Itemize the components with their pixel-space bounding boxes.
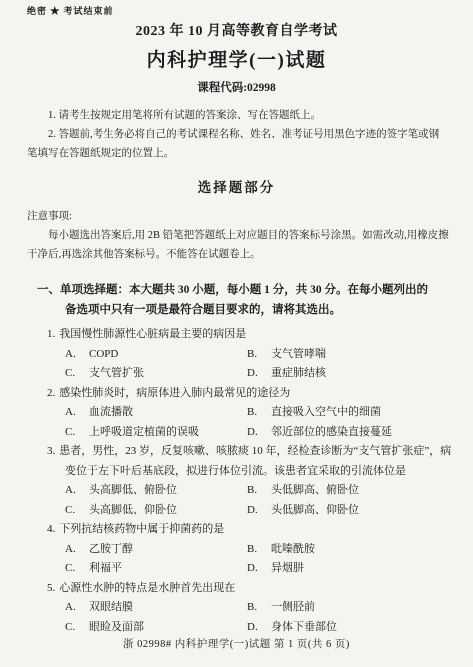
question-2-stem: 2.感染性肺炎时，病原体进入肺内最常见的途径为 [65, 384, 455, 404]
option-d: D.重症肺结核 [247, 364, 455, 384]
option-text: 头低脚高、仰卧位 [271, 504, 359, 516]
option-b: B.一侧胫前 [247, 598, 455, 618]
option-label: A. [65, 481, 89, 501]
option-text: 利福平 [89, 562, 122, 574]
question-5-stem: 5.心源性水肿的特点是水肿首先出现在 [65, 579, 455, 599]
option-b: B.直接吸入空气中的细菌 [247, 403, 455, 423]
option-a: A.血流播散 [65, 403, 247, 423]
instruction-2: 2. 答题前,考生务必将自己的考试课程名称、姓名、准考证号用黑色字迹的签字笔或钢… [27, 125, 449, 163]
option-text: 支气管扩张 [89, 367, 144, 379]
option-label: D. [247, 559, 271, 579]
question-number: 4. [47, 523, 59, 535]
option-b: B.头低脚高、俯卧位 [247, 481, 455, 501]
option-label: D. [247, 423, 271, 443]
section-heading: 选择题部分 [0, 176, 473, 196]
option-text: 双眼结膜 [89, 601, 133, 613]
question-text: 下列抗结核药物中属于抑菌药的是 [59, 523, 224, 535]
question-5: 5.心源性水肿的特点是水肿首先出现在 A.双眼结膜 B.一侧胫前 C.眼睑及面部… [27, 579, 455, 638]
option-b: B.支气管哮喘 [247, 345, 455, 365]
option-d: D.头低脚高、仰卧位 [247, 501, 455, 521]
classification-banner: 绝密 ★ 考试结束前 [27, 4, 114, 17]
option-text: 直接吸入空气中的细菌 [271, 406, 381, 418]
option-b: B.吡嗪酰胺 [247, 540, 455, 560]
part1-heading: 一、单项选择题：本大题共 30 小题，每小题 1 分，共 30 分。在每小题列出… [65, 281, 453, 320]
question-1-options: A.COPD B.支气管哮喘 C.支气管扩张 D.重症肺结核 [65, 345, 455, 384]
option-c: C.眼睑及面部 [65, 618, 247, 638]
option-d: D.异烟肼 [247, 559, 455, 579]
question-3-stem: 3.患者，男性，23 岁，反复咳嗽、咳脓痰 10 年，经检查诊断为“支气管扩张症… [65, 442, 455, 481]
option-c: C.头高脚低、仰卧位 [65, 501, 247, 521]
option-label: B. [247, 345, 271, 365]
instruction-1: 1. 请考生按规定用笔将所有试题的答案涂、写在答题纸上。 [27, 106, 449, 125]
option-label: A. [65, 598, 89, 618]
exam-subject-title: 内科护理学(一)试题 [0, 45, 473, 72]
exam-session-title: 2023 年 10 月高等教育自学考试 [0, 20, 473, 40]
option-c: C.上呼吸道定植菌的误吸 [65, 423, 247, 443]
question-1-stem: 1.我国慢性肺源性心脏病最主要的病因是 [65, 325, 455, 345]
option-c: C.支气管扩张 [65, 364, 247, 384]
option-label: C. [65, 423, 89, 443]
notice-label: 注意事项: [27, 207, 449, 226]
option-text: 头高脚低、俯卧位 [89, 484, 177, 496]
option-label: B. [247, 403, 271, 423]
general-instructions: 1. 请考生按规定用笔将所有试题的答案涂、写在答题纸上。 2. 答题前,考生务必… [27, 106, 449, 163]
course-code: 课程代码:02998 [0, 79, 473, 95]
question-4-stem: 4.下列抗结核药物中属于抑菌药的是 [65, 520, 455, 540]
option-d: D.身体下垂部位 [247, 618, 455, 638]
option-label: A. [65, 403, 89, 423]
exam-paper-page: 绝密 ★ 考试结束前 2023 年 10 月高等教育自学考试 内科护理学(一)试… [0, 0, 473, 667]
page-footer: 浙 02998# 内科护理学(一)试题 第 1 页(共 6 页) [0, 636, 473, 651]
option-label: A. [65, 345, 89, 365]
option-a: A.乙胺丁醇 [65, 540, 247, 560]
question-text: 我国慢性肺源性心脏病最主要的病因是 [59, 328, 246, 340]
option-c: C.利福平 [65, 559, 247, 579]
option-label: B. [247, 540, 271, 560]
option-a: A.头高脚低、俯卧位 [65, 481, 247, 501]
option-label: C. [65, 364, 89, 384]
option-text: 身体下垂部位 [271, 621, 337, 633]
option-text: 邻近部位的感染直接蔓延 [271, 426, 392, 438]
option-text: 吡嗪酰胺 [271, 543, 315, 555]
option-text: 支气管哮喘 [271, 348, 326, 360]
option-label: B. [247, 598, 271, 618]
question-number: 1. [47, 328, 59, 340]
question-1: 1.我国慢性肺源性心脏病最主要的病因是 A.COPD B.支气管哮喘 C.支气管… [27, 325, 455, 384]
question-3: 3.患者，男性，23 岁，反复咳嗽、咳脓痰 10 年，经检查诊断为“支气管扩张症… [27, 442, 455, 520]
option-text: 血流播散 [89, 406, 133, 418]
option-d: D.邻近部位的感染直接蔓延 [247, 423, 455, 443]
option-label: A. [65, 540, 89, 560]
question-text: 心源性水肿的特点是水肿首先出现在 [59, 582, 235, 594]
option-a: A.双眼结膜 [65, 598, 247, 618]
question-number: 2. [47, 387, 59, 399]
option-label: C. [65, 618, 89, 638]
option-label: B. [247, 481, 271, 501]
option-text: COPD [89, 348, 118, 360]
option-text: 一侧胫前 [271, 601, 315, 613]
notice-body: 每小题选出答案后,用 2B 铅笔把答题纸上对应题目的答案标号涂黑。如需改动,用橡… [27, 226, 449, 264]
question-4: 4.下列抗结核药物中属于抑菌药的是 A.乙胺丁醇 B.吡嗪酰胺 C.利福平 D.… [27, 520, 455, 579]
question-3-options: A.头高脚低、俯卧位 B.头低脚高、俯卧位 C.头高脚低、仰卧位 D.头低脚高、… [65, 481, 455, 520]
question-2: 2.感染性肺炎时，病原体进入肺内最常见的途径为 A.血流播散 B.直接吸入空气中… [27, 384, 455, 443]
question-text: 患者，男性，23 岁，反复咳嗽、咳脓痰 10 年，经检查诊断为“支气管扩张症”，… [59, 445, 451, 477]
question-5-options: A.双眼结膜 B.一侧胫前 C.眼睑及面部 D.身体下垂部位 [65, 598, 455, 637]
option-label: D. [247, 364, 271, 384]
option-text: 眼睑及面部 [89, 621, 144, 633]
option-text: 头低脚高、俯卧位 [271, 484, 359, 496]
question-4-options: A.乙胺丁醇 B.吡嗪酰胺 C.利福平 D.异烟肼 [65, 540, 455, 579]
question-list: 1.我国慢性肺源性心脏病最主要的病因是 A.COPD B.支气管哮喘 C.支气管… [27, 325, 455, 637]
notice-block: 注意事项: 每小题选出答案后,用 2B 铅笔把答题纸上对应题目的答案标号涂黑。如… [27, 207, 449, 264]
question-number: 3. [47, 445, 59, 457]
option-label: C. [65, 559, 89, 579]
option-text: 上呼吸道定植菌的误吸 [89, 426, 199, 438]
option-label: D. [247, 501, 271, 521]
question-text: 感染性肺炎时，病原体进入肺内最常见的途径为 [59, 387, 290, 399]
option-text: 头高脚低、仰卧位 [89, 504, 177, 516]
option-text: 重症肺结核 [271, 367, 326, 379]
option-text: 异烟肼 [271, 562, 304, 574]
question-2-options: A.血流播散 B.直接吸入空气中的细菌 C.上呼吸道定植菌的误吸 D.邻近部位的… [65, 403, 455, 442]
option-text: 乙胺丁醇 [89, 543, 133, 555]
question-number: 5. [47, 582, 59, 594]
option-label: D. [247, 618, 271, 638]
option-a: A.COPD [65, 345, 247, 365]
option-label: C. [65, 501, 89, 521]
